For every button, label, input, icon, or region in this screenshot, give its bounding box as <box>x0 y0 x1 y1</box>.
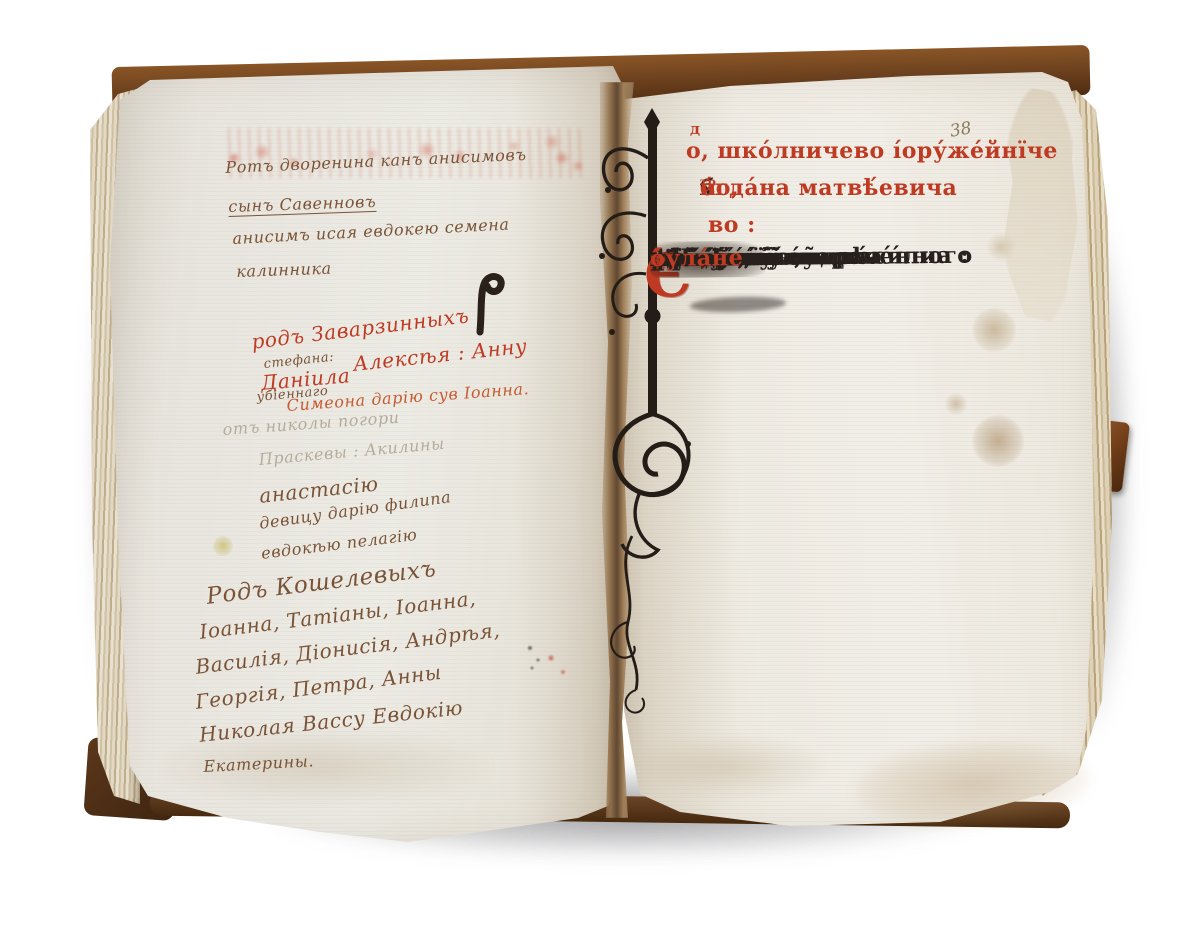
text-segment: о, шко́лничево і́ору́же́йнїче <box>686 138 1058 164</box>
paper-stain <box>158 728 488 806</box>
paper-stain <box>972 308 1016 352</box>
red-ink-offset-stain <box>222 128 584 178</box>
red-ink-offset-stain <box>548 146 588 176</box>
paper-stain <box>636 736 826 798</box>
superscript-letter: д <box>690 120 701 138</box>
manuscript-photo: Є 38 д о, шко́лничево і́ору́же́йнїчево, … <box>0 0 1200 926</box>
ink-flourish-mark <box>464 270 510 336</box>
text-segment: во : <box>708 212 756 238</box>
text-segment: о́ <box>700 175 715 201</box>
paper-stain <box>972 415 1024 467</box>
paper-stain <box>213 536 233 556</box>
text-segment: оула́не <box>650 241 743 278</box>
paper-stain <box>944 392 968 416</box>
black-ink-speck <box>522 640 548 674</box>
text-segment: огда́на матвѣ́евича <box>700 175 957 201</box>
right-page-header: д о, шко́лничево і́ору́же́йнїчево, богда… <box>686 138 1046 248</box>
